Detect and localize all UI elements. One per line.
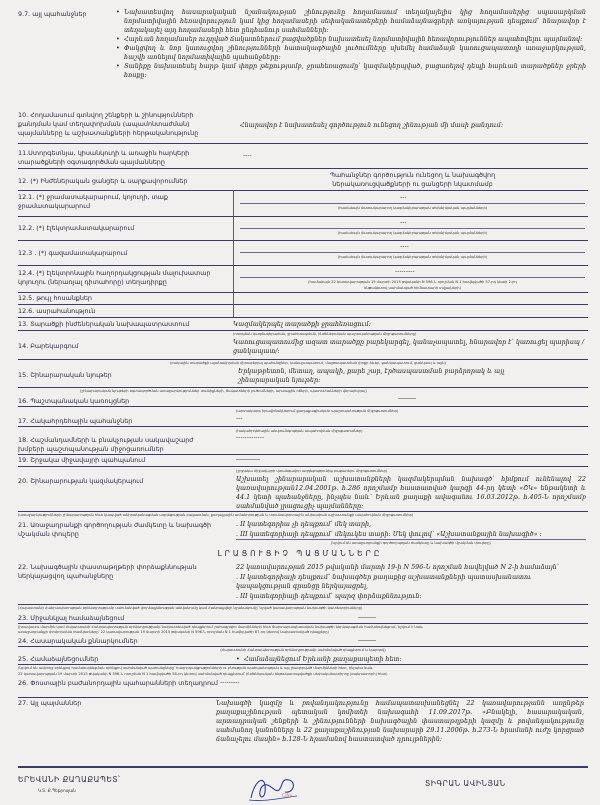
section-12-4-note-1: (համաձայն 22 կառավարության 19 մարտի 2015… — [240, 280, 585, 285]
section-12-2-label: 12.2. (*) էլեկտրամատակարարում — [18, 224, 218, 233]
supplementary-conditions-heading: ԼՐԱՑՈՒՑԻՉ ՊԱՑՄԱՆՆԵՐԸ — [0, 549, 600, 558]
section-23-label: 23. Միջանկյալ համաձայնեցում — [18, 614, 218, 623]
section-13-value: Կազմակերպել տարածքի ջրահեռացում: — [233, 320, 583, 329]
section-13-label: 13. Տարածքի ինժեներական նախապատրաստում — [18, 320, 238, 329]
section-15-label: 15. Շինարարական նյութեր — [18, 371, 218, 380]
stamp-mark: Cifm — [282, 794, 292, 799]
section-18-label: 18. Հաշմանդամների և բնակչության սակավաշա… — [18, 436, 218, 454]
section-21-line-1: . II կատեգորիա չի դեպքում՝ մեկ տարի, — [236, 520, 591, 529]
section-23-note-2: առաջադրանքի փոփոխման ժամկետները՝ 22 կառա… — [18, 630, 329, 635]
section-27-value: Նախագծի կազմը և բովանդակությունը համապատ… — [216, 699, 584, 744]
signatory-subtitle: Կ.Տ. Ք.Պեթրոսյան — [38, 788, 76, 793]
section-26-value: --------- — [220, 679, 240, 686]
divider — [18, 426, 588, 427]
divider — [18, 604, 588, 605]
divider — [18, 330, 588, 331]
section-24-note: (Հայաստանի Հանրապետության օրենսդրությամբ… — [18, 648, 588, 653]
divider — [18, 359, 588, 360]
section-26-label: 26. Փոստային բաժանորդային պահարանների տե… — [18, 679, 218, 688]
section-12-2-note: (համաձայն մատակարարող կազմակերպության տե… — [240, 231, 585, 236]
divider — [18, 697, 588, 698]
divider — [18, 240, 588, 241]
section-12-4-label: 12.4. (*) էլեկտրոնային հաղորդակցության մ… — [18, 269, 228, 287]
section-21-label: 21. Առաջադրանքի գործողության ժամկետը և ն… — [18, 521, 218, 539]
divider — [18, 292, 588, 293]
section-12-label: 12. (*) Ինժեներական ցանցեր և սարքավորում… — [18, 177, 218, 186]
bullet-item: Հարևան հողամասեր ուղղված ճակատներում բաց… — [116, 35, 586, 44]
divider — [18, 387, 588, 388]
section-22-label: 22. Նախագծային փաստաթղթերի փորձաքննությա… — [18, 563, 218, 581]
section-12-4-value: --------- — [395, 268, 415, 275]
section-24-label: 24. Հասարակական քննարկումներ — [18, 637, 218, 646]
section-10-label: 10. Հողամասում գտնվող շենքերի և շինությո… — [18, 111, 208, 138]
section-14-label: 14. Բարեկարգում — [18, 342, 218, 351]
section-12-value: Պահանջներ գործություն ունեցող և նախագծվո… — [325, 171, 500, 189]
signatory-title: ԵՐԵՎԱՆԻ ՔԱՂԱՔԱՊԵՏ՝ — [18, 775, 120, 784]
bullet-item: Փակցվող և նոր կառուցվող շինությունների հ… — [116, 44, 586, 62]
section-20-value: Աշխատել շինարարական աշխատանքների կազմակե… — [236, 475, 586, 511]
section-21-note: (առաջարկությունների շինարարության հետ կա… — [18, 513, 413, 518]
divider — [18, 168, 588, 169]
section-25-note-1: (նշվում են ամբողջ օրենքով համաձայնեցման … — [18, 666, 373, 671]
section-14-value: Կառուցապատումից ազատ տարածքը բարեկարգել,… — [233, 338, 588, 356]
section-21-note-after: (նշվում են առաջադրանքի գործողության ժամկ… — [236, 541, 586, 546]
section-12-5-label: 12.5. թույլ հոսանքներ — [18, 294, 218, 303]
underline — [240, 228, 585, 229]
section-25-value-list: Համաձայնեցում Երևանի քաղաքապետի հետ: — [236, 655, 586, 664]
section-19-label: 19. Շրջակա միջավայրի պահպանում — [18, 456, 218, 465]
section-24-value: ______ — [358, 634, 376, 641]
section-14-note: (ոռոգման կազմակերպման, ջրահեռացման, ինժե… — [233, 332, 416, 337]
divider — [18, 190, 588, 191]
section-25-note-2: 22 կառավարության 19 մարտի 2015 թվականի N… — [18, 672, 388, 677]
section-17-label: 17. Հակահրդեհային պահանջներ — [18, 417, 218, 426]
divider — [18, 216, 588, 217]
section-16-label: 16. Պաշտպանական կառույցներ — [18, 397, 218, 406]
signatory-name: ՏԻԳՐԱՆ ԱՎԻՆՅԱՆ — [425, 779, 506, 788]
underline — [236, 539, 586, 540]
bullet-item: Տանիքը նախատեսել հարթ կամ փոքր թեքությամ… — [116, 62, 586, 80]
section-15-note: (բակային տարածքի պլանավորման վերաբերյալ … — [170, 361, 446, 366]
section-9-7-label: 9.7. այլ պահանջներ — [18, 10, 98, 19]
section-12-1-value: --- — [400, 194, 407, 201]
section-22-line-1: 22 կառավարության 2015 թվականի մարտի 19-ի… — [236, 563, 591, 572]
section-12-2-value: --- — [400, 219, 407, 226]
section-12-1-note: (համաձայն մատակարարող կազմակերպության տե… — [240, 206, 585, 211]
section-21-line-2: . III կատեգորիայի դեպքում՝ մեկուկես տարի… — [236, 530, 591, 539]
underline — [240, 203, 585, 204]
section-23-value: ______ — [358, 611, 376, 618]
section-18-value: ------------- — [236, 434, 264, 441]
underline — [240, 277, 585, 278]
divider — [18, 623, 588, 624]
divider — [18, 143, 588, 144]
section-22-line-2: . II կատեգորիայի դեպքում՝ նախագծեր քաղաք… — [236, 573, 566, 591]
divider — [18, 317, 588, 318]
column-divider — [233, 190, 234, 305]
divider — [18, 406, 588, 407]
section-12-3-label: 12.3 . (*) գազամատակարարում — [18, 249, 218, 258]
section-22-note: (Հայաստանի Հանրապետության օրենսդրությամբ… — [18, 606, 362, 611]
section-11-label: 11.Ստորգետնյա, կիսանկուղի և առաջին հարկե… — [18, 149, 208, 167]
section-16-note: (շինարարական նյութերի օգտագործման առաջար… — [80, 389, 367, 394]
document-page: 9.7. այլ պահանջներ Նախատեսվող հասարակակա… — [0, 0, 600, 805]
divider — [18, 664, 588, 665]
handwritten-signature — [245, 768, 305, 804]
section-17-value: --- — [236, 415, 243, 422]
section-11-value: ---- — [243, 152, 252, 159]
divider — [18, 466, 588, 467]
divider — [18, 511, 588, 512]
section-22-line-3: . III կատեգորիայի դեպքում՝ պարզ փորձաքնն… — [236, 592, 591, 601]
underline — [240, 252, 585, 253]
divider — [18, 646, 588, 647]
section-20-note: (շրջակա միջավայրի վտանգավոր ազդեցություն… — [236, 469, 387, 474]
section-25-value: Համաձայնեցում Երևանի քաղաքապետի հետ: — [236, 655, 586, 664]
section-12-6-label: 12.6. ասրահանություն — [18, 307, 218, 316]
section-19-value: ________ — [236, 453, 260, 460]
section-25-label: 25. Համաձայնեցումներ — [18, 655, 218, 664]
section-9-7-bullets: Նախատեսվող հասարակական նշանակության շինո… — [116, 8, 586, 80]
divider — [18, 265, 588, 266]
section-16-value: ______ — [398, 392, 416, 399]
bullet-item: Նախատեսվող հասարակական նշանակության շինո… — [116, 8, 586, 35]
section-15-value: Երկաթբետոն, մետաղ, ապակի, քարե շար, էրծա… — [238, 367, 538, 385]
section-27-label: 27. Այլ պայմաններ — [18, 699, 218, 708]
section-12-3-value: ---- — [400, 243, 409, 250]
section-10-value: Հնարավոր է նախատեսել գործություն ունեցող… — [240, 121, 590, 130]
divider — [18, 304, 588, 305]
section-17-note: (արտակարգ իրավիճակներում քաղաքացիական պա… — [236, 409, 398, 414]
column-divider — [233, 304, 234, 317]
section-12-3-note: (համաձայն մատակարարող կազմակերպության տե… — [240, 255, 585, 260]
section-12-4-note-2: ենթակետով սահմանված հիմնատարի տվյալների) — [240, 286, 585, 291]
divider — [18, 454, 588, 455]
section-20-label: 20. Շինարարության կազմակերպում — [18, 477, 218, 486]
section-12-1-label: 12.1. (*) ջրամատակարարում, կոյուղի, տաք … — [18, 193, 218, 211]
